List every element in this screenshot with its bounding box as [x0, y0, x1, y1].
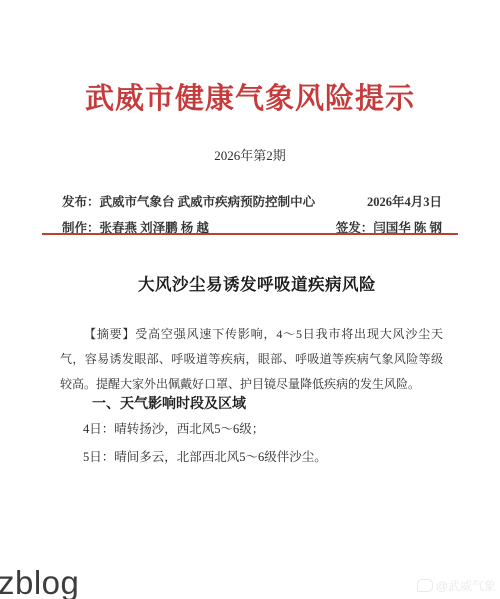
summary-paragraph: 【摘要】受高空强风速下传影响，4～5日我市将出现大风沙尘天气，容易诱发眼部、呼吸…: [60, 322, 443, 397]
watermark-text: @武威气象: [436, 577, 496, 594]
publisher-names: 武威市气象台 武威市疾病预防控制中心: [100, 195, 316, 209]
weibo-icon: [417, 579, 433, 592]
publish-date: 2026年4月3日: [367, 189, 442, 215]
meta-row-publish: 发布：武威市气象台 武威市疾病预防控制中心 2026年4月3日: [62, 189, 442, 215]
producer-line: 制作：张春燕 刘泽鹏 杨 越: [62, 215, 209, 241]
publish-label: 发布：: [62, 195, 100, 209]
forecast-line-day5: 5日：晴间多云，北部西北风5～6级伴沙尘。: [83, 447, 327, 465]
publisher-line: 发布：武威市气象台 武威市疾病预防控制中心: [62, 189, 315, 215]
document-title: 武威市健康气象风险提示: [0, 76, 500, 117]
forecast-line-day4: 4日：晴转扬沙，西北风5～6级；: [83, 419, 264, 437]
site-label-zblog: zblog: [0, 564, 79, 599]
issue-number: 2026年第2期: [0, 145, 500, 164]
article-heading: 大风沙尘易诱发呼吸道疾病风险: [62, 271, 452, 295]
section-1-heading: 一、天气影响时段及区域: [92, 393, 246, 413]
signer-line: 签发：闫国华 陈 钢: [336, 215, 442, 241]
meta-row-produce: 制作：张春燕 刘泽鹏 杨 越 签发：闫国华 陈 钢: [62, 215, 442, 241]
red-divider-line: [42, 233, 458, 235]
weibo-watermark: @武威气象: [417, 577, 496, 594]
